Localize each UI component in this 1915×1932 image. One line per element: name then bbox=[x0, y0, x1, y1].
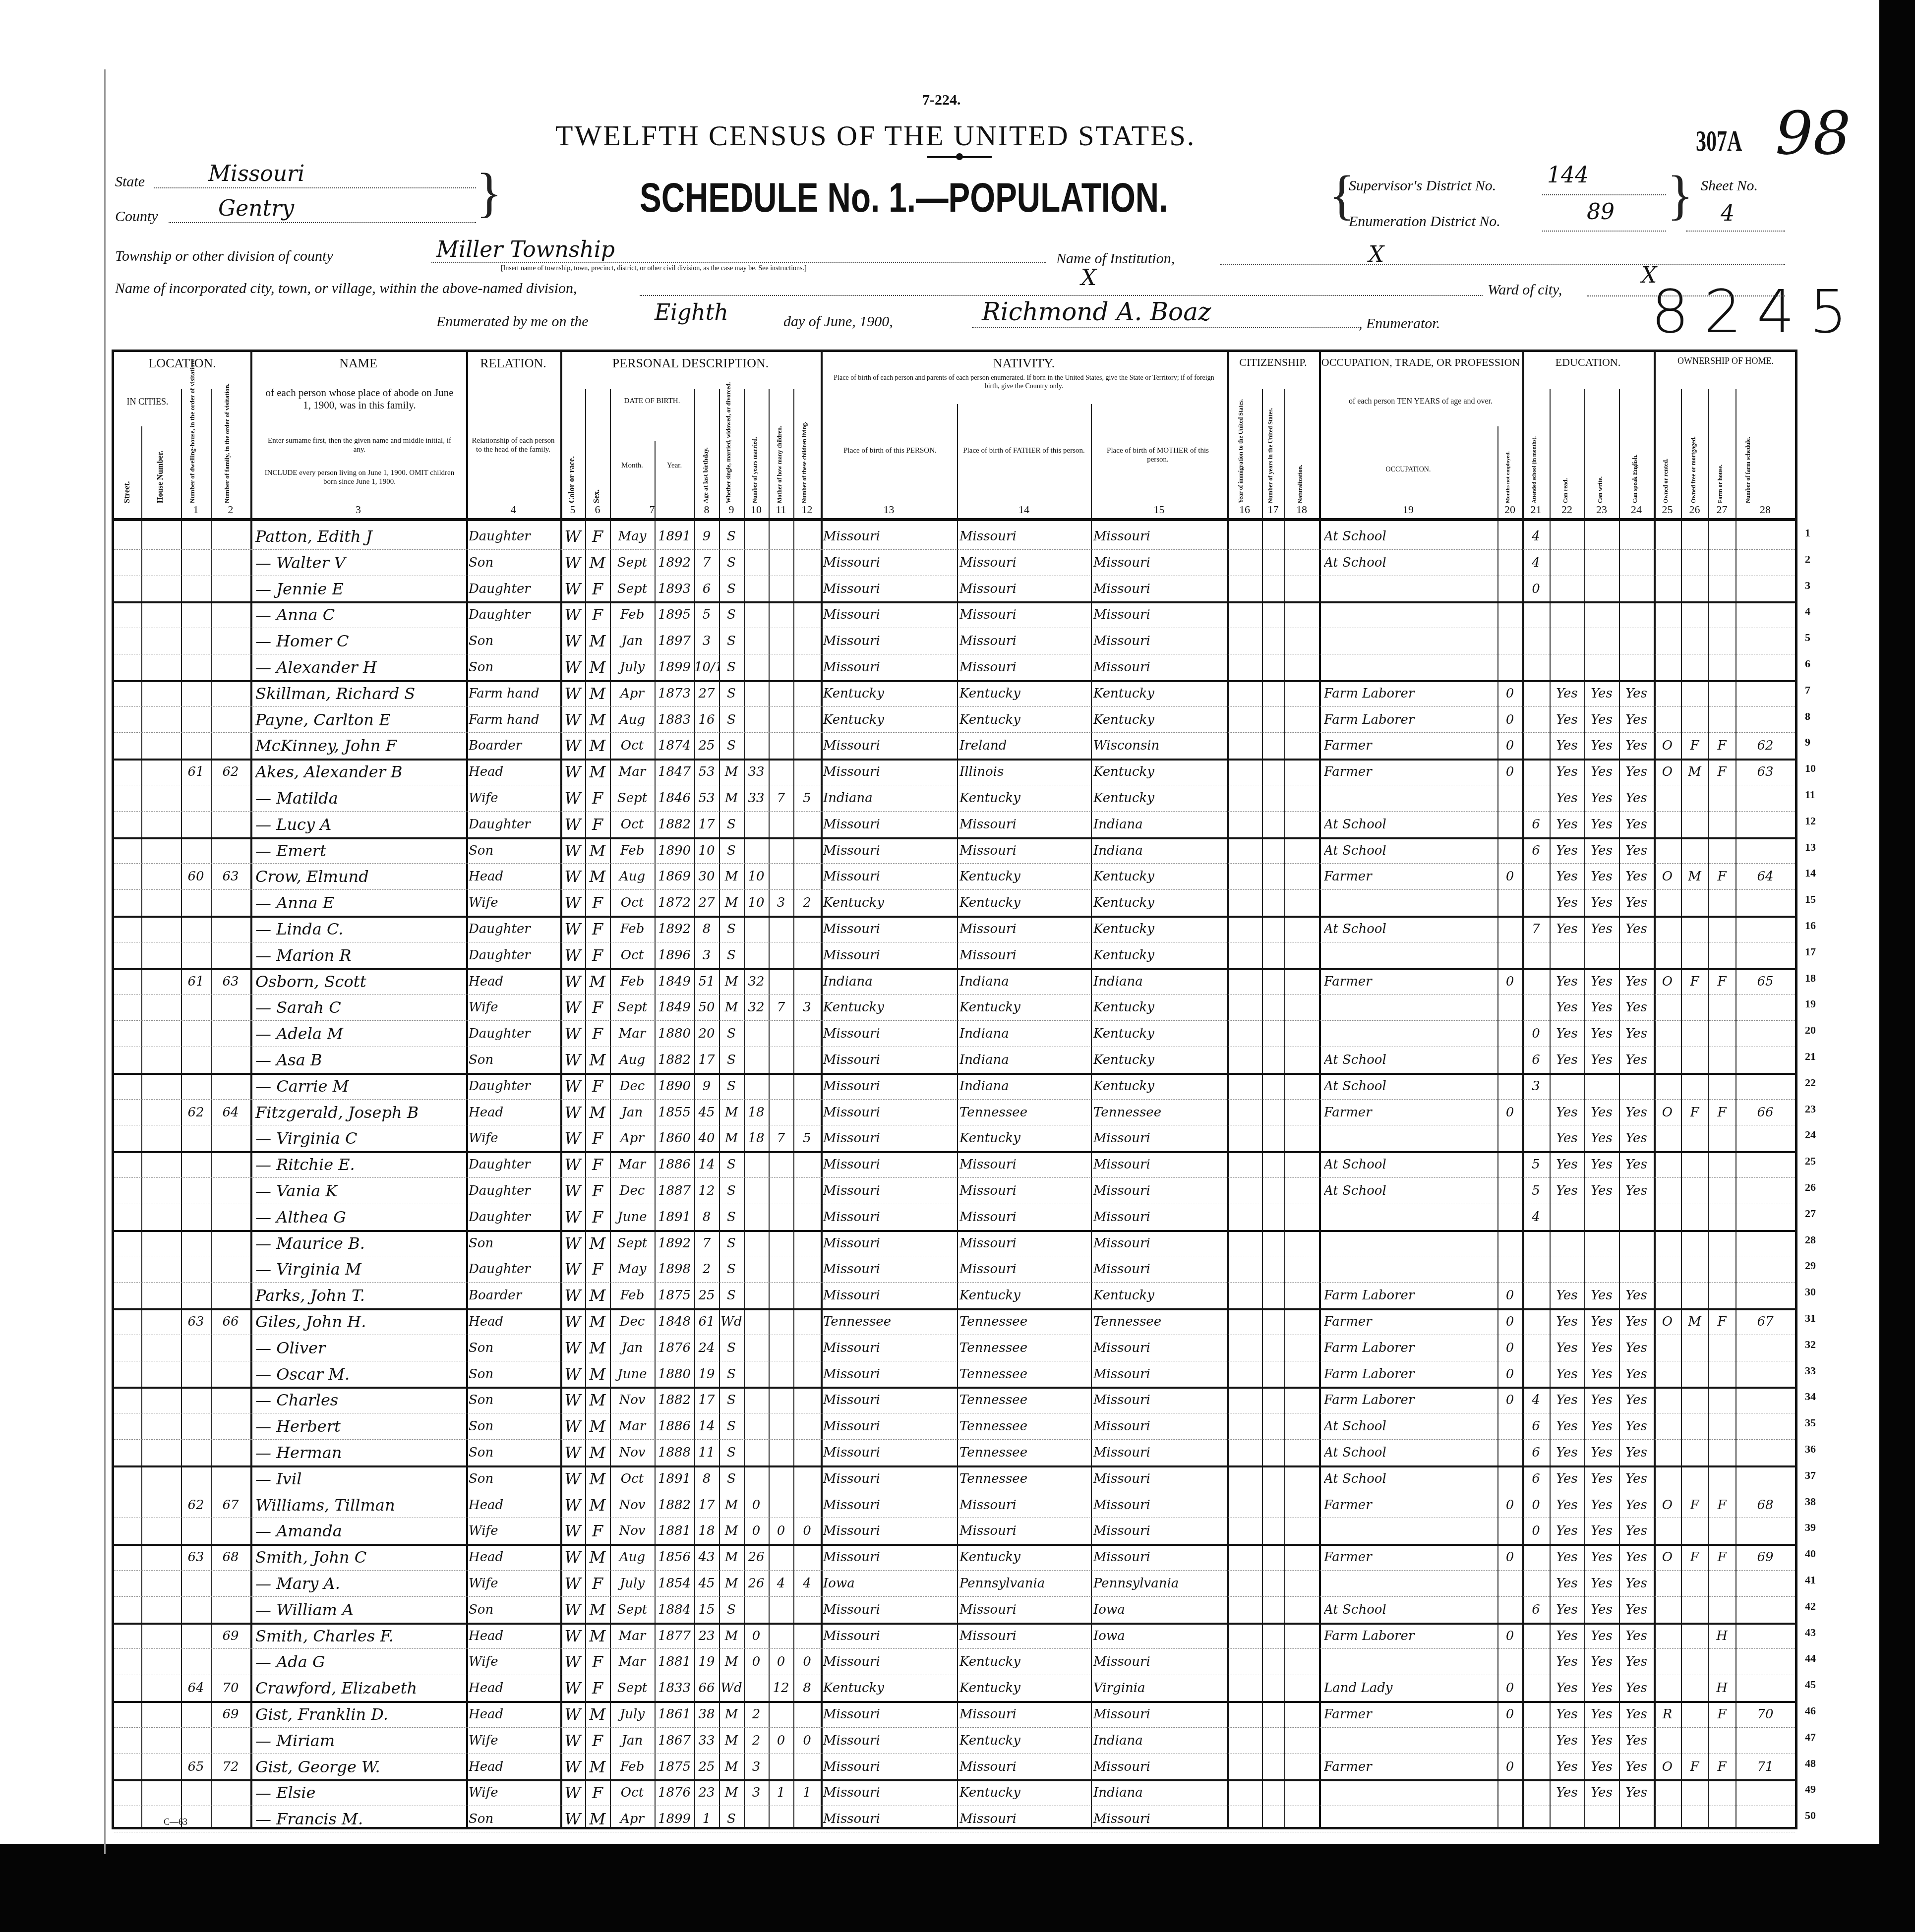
cell-occupation bbox=[1324, 891, 1497, 914]
cell-sched bbox=[1735, 682, 1795, 705]
cell-name: Smith, John C bbox=[255, 1546, 464, 1569]
cell-read: Yes bbox=[1550, 682, 1584, 705]
cell-farm bbox=[1708, 1520, 1735, 1542]
cell-family bbox=[211, 1415, 250, 1438]
cell-mother: 7 bbox=[769, 787, 793, 810]
cell-own bbox=[1654, 787, 1681, 810]
cell-free bbox=[1681, 1650, 1708, 1673]
cell-occupation bbox=[1324, 944, 1497, 967]
cell-english bbox=[1619, 603, 1654, 626]
cell-relation: Son bbox=[469, 551, 560, 574]
cell-own bbox=[1654, 1598, 1681, 1621]
cell-occupation: At School bbox=[1324, 551, 1497, 574]
cell-dwelling bbox=[181, 1389, 211, 1411]
col-num-18: 18 bbox=[1284, 503, 1319, 516]
cell-sex: M bbox=[585, 682, 610, 705]
cell-family: 69 bbox=[211, 1625, 250, 1647]
cell-read: Yes bbox=[1550, 1389, 1584, 1411]
cell-occupation bbox=[1324, 656, 1497, 679]
cell-family bbox=[211, 1232, 250, 1255]
cell-marital: S bbox=[719, 1179, 744, 1202]
cell-relation: Daughter bbox=[469, 1179, 560, 1202]
cell-family bbox=[211, 1650, 250, 1673]
cell-dwelling bbox=[181, 1781, 211, 1804]
cell-pob: Missouri bbox=[823, 1467, 957, 1490]
cell-age: 8 bbox=[694, 1467, 719, 1490]
cell-month: May bbox=[610, 525, 655, 548]
col-num-12: 12 bbox=[793, 503, 821, 516]
cell-month: Aug bbox=[610, 1049, 655, 1071]
line-number: 16 bbox=[1805, 919, 1816, 932]
cell-farm bbox=[1708, 1598, 1735, 1621]
cell-year: 1891 bbox=[655, 1467, 694, 1490]
cell-marital: M bbox=[719, 891, 744, 914]
cell-pob: Missouri bbox=[823, 761, 957, 783]
cell-pob: Missouri bbox=[823, 1494, 957, 1517]
cell-marital: S bbox=[719, 734, 744, 757]
cell-occupation: Farm Laborer bbox=[1324, 1284, 1497, 1307]
cell-color: W bbox=[560, 682, 585, 705]
cell-pob: Tennessee bbox=[823, 1310, 957, 1333]
cell-mother bbox=[769, 1415, 793, 1438]
cell-sex: F bbox=[585, 1572, 610, 1595]
cell-occupation bbox=[1324, 1650, 1497, 1673]
cell-marital: M bbox=[719, 996, 744, 1019]
cell-pob-mother: Indiana bbox=[1093, 970, 1227, 993]
cell-age: 17 bbox=[694, 1049, 719, 1071]
city-value: X bbox=[1081, 265, 1096, 291]
institution-line bbox=[1220, 264, 1785, 265]
cell-school bbox=[1522, 1284, 1550, 1307]
cell-color: W bbox=[560, 656, 585, 679]
table-row: 6572Gist, George W.HeadWMFeb187525M3Miss… bbox=[114, 1754, 1795, 1782]
cell-sex: F bbox=[585, 1206, 610, 1229]
cell-color: W bbox=[560, 1625, 585, 1647]
cell-color: W bbox=[560, 1153, 585, 1176]
cell-year: 1867 bbox=[655, 1729, 694, 1752]
cell-age: 23 bbox=[694, 1625, 719, 1647]
cell-living: 2 bbox=[793, 891, 821, 914]
cell-dwelling bbox=[181, 918, 211, 940]
cell-color: W bbox=[560, 787, 585, 810]
cell-age: 24 bbox=[694, 1337, 719, 1359]
cell-dwelling: 61 bbox=[181, 970, 211, 993]
cell-unemp bbox=[1497, 918, 1522, 940]
table-row: 6470Crawford, ElizabethHeadWFSept183366W… bbox=[114, 1675, 1795, 1703]
cell-age: 11 bbox=[694, 1441, 719, 1464]
hdr-can-speak-english: Can speak English. bbox=[1631, 397, 1639, 503]
cell-ym bbox=[744, 1337, 769, 1359]
cell-read: Yes bbox=[1550, 1022, 1584, 1045]
cell-living bbox=[793, 1153, 821, 1176]
table-row: — Marion RDaughterWFOct18963SMissouriMis… bbox=[114, 942, 1795, 970]
cell-read: Yes bbox=[1550, 865, 1584, 888]
cell-name: Payne, Carlton E bbox=[255, 708, 464, 731]
cell-read: Yes bbox=[1550, 1415, 1584, 1438]
cell-dwelling bbox=[181, 996, 211, 1019]
cell-ym: 32 bbox=[744, 996, 769, 1019]
cell-school bbox=[1522, 1756, 1550, 1778]
cell-age: 25 bbox=[694, 1284, 719, 1307]
cell-read bbox=[1550, 944, 1584, 967]
cell-ym: 26 bbox=[744, 1572, 769, 1595]
cell-month: Sept bbox=[610, 996, 655, 1019]
cell-occupation: Farm Laborer bbox=[1324, 1337, 1497, 1359]
cell-school bbox=[1522, 891, 1550, 914]
cell-name: Skillman, Richard S bbox=[255, 682, 464, 705]
cell-living: 0 bbox=[793, 1729, 821, 1752]
header-divider bbox=[114, 518, 1795, 521]
cell-sex: F bbox=[585, 525, 610, 548]
cell-family bbox=[211, 578, 250, 600]
cell-write: Yes bbox=[1584, 1101, 1619, 1124]
cell-own: O bbox=[1654, 970, 1681, 993]
table-row: — HerbertSonWMMar188614SMissouriTennesse… bbox=[114, 1413, 1795, 1440]
cell-age: 16 bbox=[694, 708, 719, 731]
cell-mother bbox=[769, 1363, 793, 1386]
hdr-family: Number of family, in the order of visita… bbox=[223, 394, 231, 503]
cell-pob-mother: Indiana bbox=[1093, 839, 1227, 862]
cell-pob: Kentucky bbox=[823, 996, 957, 1019]
cell-age: 2 bbox=[694, 1258, 719, 1281]
cell-english: Yes bbox=[1619, 970, 1654, 993]
line-number: 7 bbox=[1805, 684, 1810, 697]
cell-farm bbox=[1708, 551, 1735, 574]
cell-relation: Daughter bbox=[469, 1075, 560, 1098]
cell-sched bbox=[1735, 1808, 1795, 1830]
cell-own bbox=[1654, 1572, 1681, 1595]
cell-sex: M bbox=[585, 970, 610, 993]
cell-mother bbox=[769, 1232, 793, 1255]
cell-year: 1897 bbox=[655, 630, 694, 652]
cell-occupation: At School bbox=[1324, 1153, 1497, 1176]
cell-color: W bbox=[560, 996, 585, 1019]
cell-pob: Missouri bbox=[823, 918, 957, 940]
cell-age: 66 bbox=[694, 1677, 719, 1699]
cell-name: Williams, Tillman bbox=[255, 1494, 464, 1517]
cell-dwelling bbox=[181, 656, 211, 679]
cell-sched bbox=[1735, 1650, 1795, 1673]
line-number: 41 bbox=[1805, 1574, 1816, 1586]
cell-farm: F bbox=[1708, 970, 1735, 993]
cell-dwelling bbox=[181, 708, 211, 731]
cell-unemp bbox=[1497, 656, 1522, 679]
cell-ym: 10 bbox=[744, 891, 769, 914]
cell-mother bbox=[769, 944, 793, 967]
cell-mother bbox=[769, 682, 793, 705]
cell-pob-mother: Wisconsin bbox=[1093, 734, 1227, 757]
cell-occupation bbox=[1324, 630, 1497, 652]
cell-sched bbox=[1735, 656, 1795, 679]
cell-year: 1846 bbox=[655, 787, 694, 810]
cell-mother bbox=[769, 1546, 793, 1569]
cell-sched bbox=[1735, 944, 1795, 967]
line-number: 17 bbox=[1805, 945, 1816, 958]
cell-farm bbox=[1708, 1363, 1735, 1386]
cell-occupation: Farmer bbox=[1324, 1494, 1497, 1517]
cell-dwelling bbox=[181, 944, 211, 967]
cell-pob: Missouri bbox=[823, 839, 957, 862]
cell-unemp bbox=[1497, 1650, 1522, 1673]
cell-name: — Jennie E bbox=[255, 578, 464, 600]
table-row: — Asa BSonWMAug188217SMissouriIndianaKen… bbox=[114, 1047, 1795, 1075]
cell-mother bbox=[769, 603, 793, 626]
cell-year: 1882 bbox=[655, 1389, 694, 1411]
cell-ym bbox=[744, 1415, 769, 1438]
cell-unemp: 0 bbox=[1497, 1310, 1522, 1333]
cell-living bbox=[793, 1075, 821, 1098]
cell-relation: Boarder bbox=[469, 1284, 560, 1307]
cell-mother bbox=[769, 865, 793, 888]
cell-color: W bbox=[560, 1808, 585, 1830]
cell-color: W bbox=[560, 1781, 585, 1804]
cell-pob-father: Missouri bbox=[959, 1598, 1091, 1621]
cell-read: Yes bbox=[1550, 918, 1584, 940]
cell-sched: 67 bbox=[1735, 1310, 1795, 1333]
cell-family bbox=[211, 656, 250, 679]
cell-sex: M bbox=[585, 1756, 610, 1778]
cell-own bbox=[1654, 1179, 1681, 1202]
cell-name: — Linda C. bbox=[255, 918, 464, 940]
cell-name: — Virginia M bbox=[255, 1258, 464, 1281]
cell-pob: Missouri bbox=[823, 1049, 957, 1071]
cell-dwelling bbox=[181, 1258, 211, 1281]
scan-dark-edge-right bbox=[1879, 0, 1915, 1932]
cell-occupation bbox=[1324, 1258, 1497, 1281]
cell-school bbox=[1522, 1781, 1550, 1804]
cell-ym bbox=[744, 708, 769, 731]
cell-marital: S bbox=[719, 1415, 744, 1438]
cell-month: Dec bbox=[610, 1179, 655, 1202]
cell-mother: 12 bbox=[769, 1677, 793, 1699]
cell-farm bbox=[1708, 1781, 1735, 1804]
cell-own bbox=[1654, 1467, 1681, 1490]
cell-sched bbox=[1735, 1179, 1795, 1202]
cell-write bbox=[1584, 578, 1619, 600]
cell-color: W bbox=[560, 1101, 585, 1124]
cell-pob-mother: Pennsylvania bbox=[1093, 1572, 1227, 1595]
cell-relation: Daughter bbox=[469, 603, 560, 626]
cell-family bbox=[211, 1808, 250, 1830]
cell-living bbox=[793, 630, 821, 652]
cell-year: 1884 bbox=[655, 1598, 694, 1621]
cell-color: W bbox=[560, 839, 585, 862]
cell-living bbox=[793, 1049, 821, 1071]
cell-sched bbox=[1735, 1049, 1795, 1071]
cell-sex: F bbox=[585, 1729, 610, 1752]
cell-relation: Son bbox=[469, 839, 560, 862]
cell-color: W bbox=[560, 1598, 585, 1621]
cell-free bbox=[1681, 1441, 1708, 1464]
cell-pob: Missouri bbox=[823, 1258, 957, 1281]
cell-farm bbox=[1708, 1650, 1735, 1673]
cell-relation: Head bbox=[469, 1546, 560, 1569]
cell-mother bbox=[769, 1494, 793, 1517]
cell-occupation: At School bbox=[1324, 1467, 1497, 1490]
cell-pob-mother: Kentucky bbox=[1093, 865, 1227, 888]
cell-relation: Head bbox=[469, 1703, 560, 1726]
cell-mother bbox=[769, 1625, 793, 1647]
cell-year: 1886 bbox=[655, 1415, 694, 1438]
cell-pob-mother: Kentucky bbox=[1093, 1049, 1227, 1071]
cell-ym bbox=[744, 1049, 769, 1071]
cell-pob: Kentucky bbox=[823, 891, 957, 914]
cell-school: 6 bbox=[1522, 1441, 1550, 1464]
cell-pob-father: Kentucky bbox=[959, 1650, 1091, 1673]
cell-relation: Son bbox=[469, 656, 560, 679]
cell-name: — Virginia C bbox=[255, 1127, 464, 1150]
table-row: — Mary A.WifeWFJuly185445M2644IowaPennsy… bbox=[114, 1570, 1795, 1597]
group-ownership: OWNERSHIP OF HOME. bbox=[1654, 356, 1797, 366]
cell-mother: 3 bbox=[769, 891, 793, 914]
cell-sex: M bbox=[585, 734, 610, 757]
group-occupation: OCCUPATION, TRADE, OR PROFESSION bbox=[1319, 356, 1522, 369]
cell-write: Yes bbox=[1584, 1703, 1619, 1726]
cell-english: Yes bbox=[1619, 708, 1654, 731]
cell-free bbox=[1681, 996, 1708, 1019]
cell-sched bbox=[1735, 1572, 1795, 1595]
cell-read bbox=[1550, 603, 1584, 626]
cell-name: Gist, George W. bbox=[255, 1756, 464, 1778]
cell-farm: F bbox=[1708, 761, 1735, 783]
cell-year: 1861 bbox=[655, 1703, 694, 1726]
col-num-1: 1 bbox=[181, 503, 211, 516]
cell-ym bbox=[744, 551, 769, 574]
cell-pob: Missouri bbox=[823, 1781, 957, 1804]
cell-occupation: Farm Laborer bbox=[1324, 1625, 1497, 1647]
cell-year: 1880 bbox=[655, 1022, 694, 1045]
cell-pob: Missouri bbox=[823, 1756, 957, 1778]
cell-age: 30 bbox=[694, 865, 719, 888]
cell-year: 1872 bbox=[655, 891, 694, 914]
cell-color: W bbox=[560, 1729, 585, 1752]
cell-pob-father: Missouri bbox=[959, 578, 1091, 600]
cell-sex: F bbox=[585, 1520, 610, 1542]
cell-pob: Missouri bbox=[823, 1232, 957, 1255]
cell-school: 6 bbox=[1522, 839, 1550, 862]
cell-unemp bbox=[1497, 1179, 1522, 1202]
cell-month: Nov bbox=[610, 1494, 655, 1517]
line-number: 3 bbox=[1805, 579, 1810, 592]
hdr-marital: Whether single, married, widowed, or div… bbox=[725, 397, 732, 503]
cell-name: — Vania K bbox=[255, 1179, 464, 1202]
cell-pob: Kentucky bbox=[823, 708, 957, 731]
cell-pob: Missouri bbox=[823, 1546, 957, 1569]
cell-sex: F bbox=[585, 1179, 610, 1202]
cell-ym bbox=[744, 656, 769, 679]
cell-school: 4 bbox=[1522, 1389, 1550, 1411]
cell-free bbox=[1681, 603, 1708, 626]
cell-relation: Head bbox=[469, 1494, 560, 1517]
cell-pob-mother: Kentucky bbox=[1093, 944, 1227, 967]
cell-ym bbox=[744, 578, 769, 600]
cell-relation: Farm hand bbox=[469, 708, 560, 731]
cell-occupation: At School bbox=[1324, 839, 1497, 862]
population-schedule-table: LOCATION. NAME RELATION. PERSONAL DESCRI… bbox=[112, 350, 1797, 1829]
line-number: 10 bbox=[1805, 762, 1816, 775]
cell-sex: F bbox=[585, 996, 610, 1019]
cell-living bbox=[793, 708, 821, 731]
cell-sex: M bbox=[585, 1546, 610, 1569]
cell-read: Yes bbox=[1550, 1179, 1584, 1202]
cell-english bbox=[1619, 1808, 1654, 1830]
table-row: 69Gist, Franklin D.HeadWMJuly186138M2Mis… bbox=[114, 1701, 1795, 1728]
hdr-date-of-birth: DATE OF BIRTH. bbox=[610, 397, 694, 406]
cell-sex: M bbox=[585, 708, 610, 731]
township-label: Township or other division of county bbox=[115, 248, 333, 265]
cell-relation: Daughter bbox=[469, 918, 560, 940]
cell-farm bbox=[1708, 944, 1735, 967]
cell-relation: Boarder bbox=[469, 734, 560, 757]
cell-marital: S bbox=[719, 525, 744, 548]
cell-write: Yes bbox=[1584, 1441, 1619, 1464]
enumerated-suffix: day of June, 1900, bbox=[783, 313, 893, 330]
cell-write: Yes bbox=[1584, 708, 1619, 731]
ward-label: Ward of city, bbox=[1488, 282, 1562, 298]
table-row: — Walter VSonWMSept18927SMissouriMissour… bbox=[114, 549, 1795, 576]
cell-marital: S bbox=[719, 1049, 744, 1071]
cell-own bbox=[1654, 656, 1681, 679]
hdr-owned-free: Owned free or mortgaged. bbox=[1690, 397, 1697, 503]
cell-year: 1880 bbox=[655, 1363, 694, 1386]
cell-pob-mother: Missouri bbox=[1093, 578, 1227, 600]
cell-living bbox=[793, 865, 821, 888]
cell-year: 1854 bbox=[655, 1572, 694, 1595]
cell-age: 53 bbox=[694, 787, 719, 810]
cell-sched bbox=[1735, 1363, 1795, 1386]
cell-pob-mother: Missouri bbox=[1093, 656, 1227, 679]
cell-pob: Iowa bbox=[823, 1572, 957, 1595]
cell-name: — Francis M. bbox=[255, 1808, 464, 1830]
cell-unemp bbox=[1497, 1049, 1522, 1071]
cell-unemp bbox=[1497, 578, 1522, 600]
cell-read: Yes bbox=[1550, 1101, 1584, 1124]
cell-marital: M bbox=[719, 1650, 744, 1673]
cell-ym bbox=[744, 1389, 769, 1411]
group-citizenship: CITIZENSHIP. bbox=[1227, 356, 1319, 369]
cell-own: O bbox=[1654, 1756, 1681, 1778]
cell-marital: S bbox=[719, 1467, 744, 1490]
cell-month: Oct bbox=[610, 734, 655, 757]
cell-age: 25 bbox=[694, 734, 719, 757]
cell-pob-mother: Missouri bbox=[1093, 1650, 1227, 1673]
cell-free bbox=[1681, 787, 1708, 810]
cell-color: W bbox=[560, 1677, 585, 1699]
cell-school bbox=[1522, 1337, 1550, 1359]
footer-code: C—63 bbox=[164, 1817, 187, 1827]
cell-sex: F bbox=[585, 578, 610, 600]
cell-pob: Missouri bbox=[823, 1415, 957, 1438]
cell-name: — Ivil bbox=[255, 1467, 464, 1490]
cell-dwelling bbox=[181, 1598, 211, 1621]
cell-write bbox=[1584, 1206, 1619, 1229]
hdr-can-read: Can read. bbox=[1562, 397, 1569, 503]
cell-relation: Daughter bbox=[469, 578, 560, 600]
cell-english: Yes bbox=[1619, 1337, 1654, 1359]
cell-pob-father: Kentucky bbox=[959, 1781, 1091, 1804]
cell-read bbox=[1550, 1232, 1584, 1255]
cell-year: 1883 bbox=[655, 708, 694, 731]
cell-month: July bbox=[610, 1703, 655, 1726]
cell-occupation: At School bbox=[1324, 1415, 1497, 1438]
cell-ym: 32 bbox=[744, 970, 769, 993]
district-brace-right: } bbox=[1667, 164, 1693, 227]
cell-ym bbox=[744, 525, 769, 548]
cell-pob-father: Tennessee bbox=[959, 1101, 1091, 1124]
hdr-birth-father: Place of birth of FATHER of this person. bbox=[962, 446, 1086, 455]
cell-name: — Homer C bbox=[255, 630, 464, 652]
cell-pob-father: Indiana bbox=[959, 1075, 1091, 1098]
